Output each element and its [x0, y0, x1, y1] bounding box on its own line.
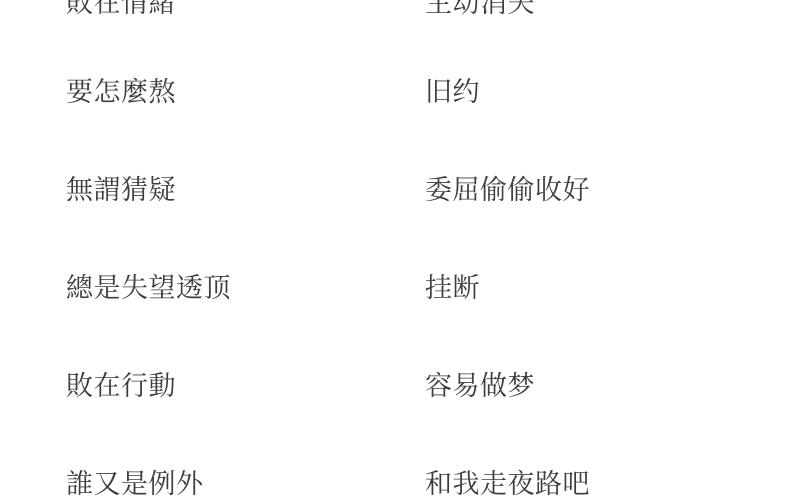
song-title-item[interactable]: 和我走夜路吧: [425, 471, 590, 498]
song-title-item[interactable]: 旧约: [425, 79, 480, 106]
song-title-item[interactable]: 挂断: [425, 275, 480, 302]
song-title-item[interactable]: 主动消失: [425, 0, 535, 17]
song-title-item[interactable]: 總是失望透顶: [66, 275, 231, 302]
song-title-item[interactable]: 容易做梦: [425, 373, 535, 400]
song-title-item[interactable]: 誰又是例外: [66, 471, 204, 498]
song-title-item[interactable]: 無謂猜疑: [66, 177, 176, 204]
song-list: 敗在情緒 要怎麼熬 無謂猜疑 總是失望透顶 敗在行動 誰又是例外 主动消失 旧约…: [0, 0, 800, 500]
song-title-item[interactable]: 要怎麼熬: [66, 79, 176, 106]
song-title-item[interactable]: 委屈偷偷收好: [425, 177, 590, 204]
song-title-item[interactable]: 敗在情緒: [66, 0, 176, 17]
song-title-item[interactable]: 敗在行動: [66, 373, 176, 400]
